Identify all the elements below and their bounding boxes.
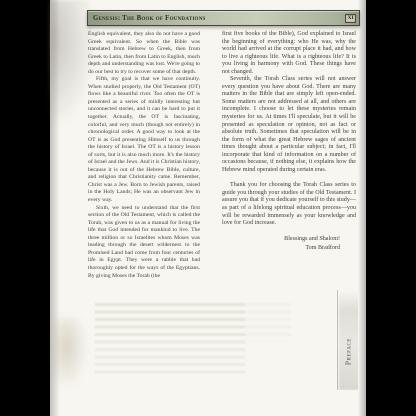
- text-column-left: English equivalent, they also do not hav…: [88, 31, 200, 280]
- bleed-through-stain: [52, 318, 88, 390]
- paragraph: Fifth, my goal is that we have continuit…: [88, 76, 200, 204]
- signature-line-blessing: Blessings and Shalom!: [222, 235, 340, 245]
- page-right-edge-shadow: [358, 0, 366, 416]
- chapter-header-banner: Genesis: The Book of Foundations XI: [87, 10, 360, 26]
- paragraph: English equivalent, they also do not hav…: [88, 31, 200, 76]
- paragraph: Seventh, the Torah Class series will not…: [222, 76, 356, 174]
- paragraph: first five books of the Bible), God expl…: [222, 31, 356, 76]
- book-title: Genesis: The Book of Foundations: [88, 15, 206, 22]
- preface-section-tab: Preface: [337, 290, 358, 390]
- book-page: Genesis: The Book of Foundations XI Engl…: [50, 0, 366, 416]
- preface-tab-label: Preface: [344, 338, 353, 365]
- paragraph: Sixth, we need to understand that the fi…: [88, 205, 200, 280]
- text-column-right: first five books of the Bible), God expl…: [222, 31, 356, 254]
- scanned-page-view: Genesis: The Book of Foundations XI Engl…: [0, 0, 416, 416]
- author-signature: Blessings and Shalom! Tom Bradford: [222, 235, 356, 254]
- signature-line-author: Tom Bradford: [222, 244, 340, 254]
- bleed-through-text: [95, 303, 291, 341]
- paragraph: Thank you for choosing the Torah Class s…: [222, 182, 356, 227]
- page-number-badge: XI: [345, 14, 356, 23]
